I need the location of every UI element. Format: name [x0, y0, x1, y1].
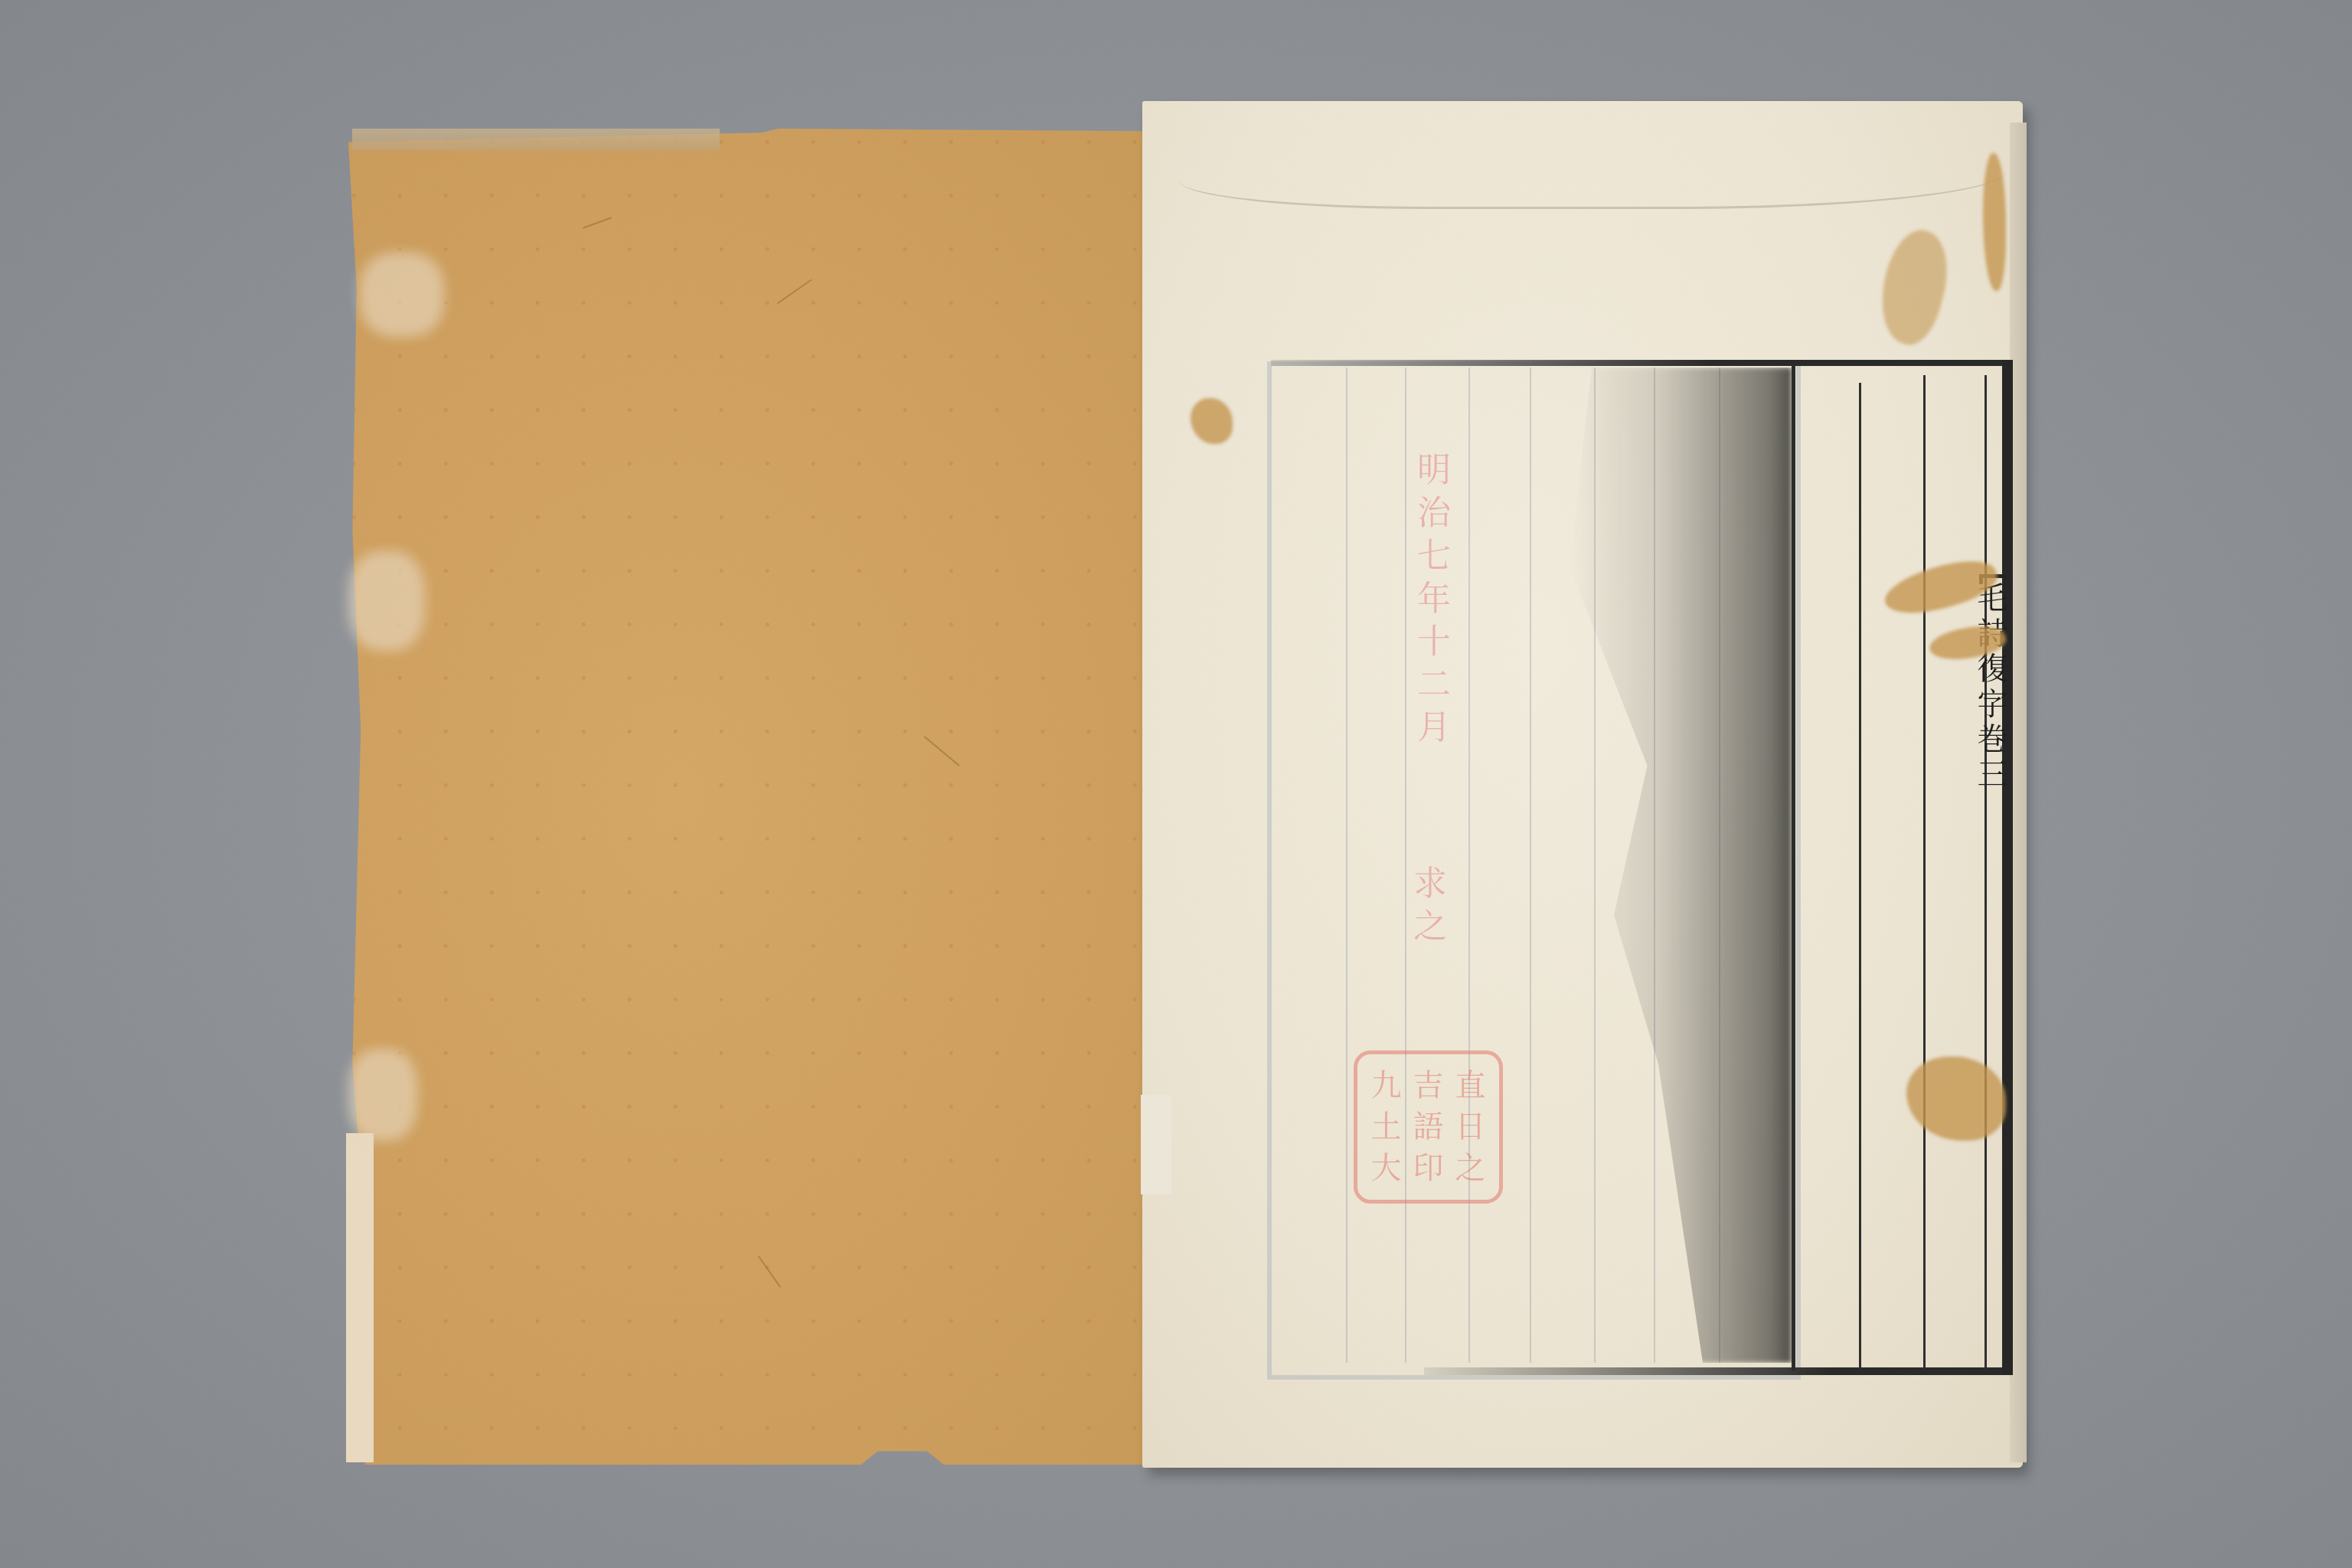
cover-worn-patch [360, 253, 444, 337]
seal-char: 日 [1449, 1106, 1491, 1148]
seal-char: 吉 [1407, 1065, 1449, 1106]
book-title: 毛詩復字巻三 [1981, 582, 2012, 793]
seal-char: 土 [1365, 1106, 1407, 1148]
cover-inner-sheet [346, 1133, 374, 1462]
page-top-fold [1179, 115, 2006, 209]
seal-char: 語 [1407, 1106, 1449, 1148]
torn-paper-strip [1141, 1095, 1171, 1194]
seal-char: 直 [1449, 1065, 1491, 1106]
column-rule [1859, 383, 1861, 1370]
book-front-cover [348, 129, 1175, 1465]
print-frame-right [2002, 360, 2013, 1375]
print-frame-bottom [1424, 1367, 2006, 1375]
red-name-inscription: 求之 [1413, 865, 1451, 951]
print-column-divider [1792, 364, 1795, 1370]
ruled-line [1530, 367, 1531, 1363]
column-rule [1923, 375, 1926, 1370]
cover-worn-patch [348, 551, 425, 651]
red-square-seal: 直 吉 九 日 語 土 之 印 大 [1354, 1050, 1503, 1204]
cover-top-edge [352, 129, 720, 150]
column-rule [1984, 375, 1987, 1370]
print-frame-top [1271, 360, 2006, 366]
ruled-line [1468, 367, 1470, 1363]
cover-worn-patch [348, 1049, 417, 1141]
seal-char: 印 [1407, 1148, 1449, 1189]
seal-char: 之 [1449, 1148, 1491, 1189]
ruled-line [1346, 367, 1347, 1363]
seal-char: 九 [1365, 1065, 1407, 1106]
red-date-inscription: 明治七年十二月 [1416, 452, 1455, 752]
seal-char: 大 [1365, 1148, 1407, 1189]
